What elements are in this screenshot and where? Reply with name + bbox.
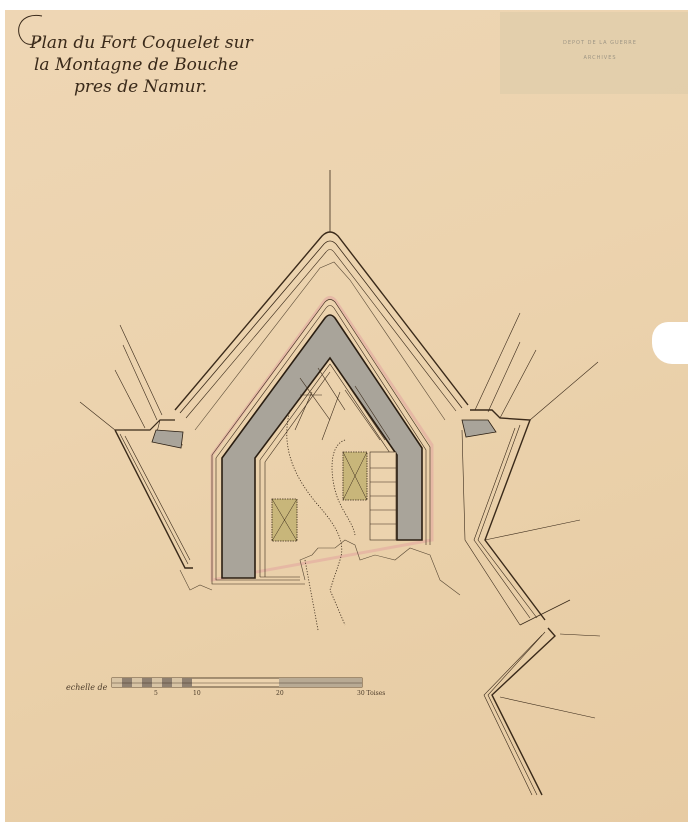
left-bastion-casemate: [152, 430, 183, 448]
fort-plan-drawing: [0, 0, 700, 832]
scale-tick-10: 10: [193, 690, 201, 697]
right-bastion-covered-way: [462, 410, 570, 795]
paper-tear: [652, 322, 692, 364]
scale-tick-20: 20: [276, 690, 284, 697]
right-bastion-casemate: [462, 420, 496, 437]
scale-tick-30: 30 Toises: [357, 690, 385, 697]
powder-magazine-left: [272, 499, 297, 541]
title-flourish: [19, 15, 42, 44]
stair-block: [370, 452, 396, 540]
scale-prefix: echelle de: [66, 683, 107, 692]
powder-magazine-right: [343, 452, 367, 500]
scale-bar: [112, 678, 362, 687]
scale-tick-5: 5: [154, 690, 158, 697]
